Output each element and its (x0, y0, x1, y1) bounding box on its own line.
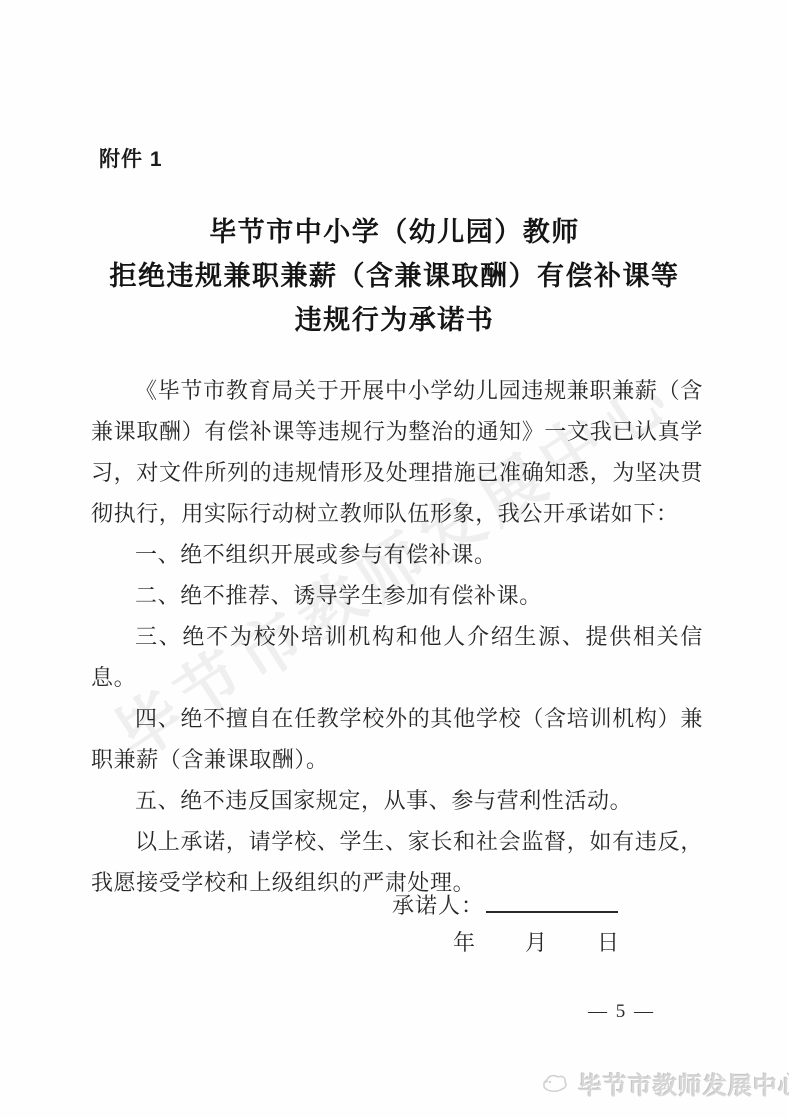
title-line-3: 违规行为承诺书 (0, 298, 789, 342)
commitment-item-2: 二、绝不推荐、诱导学生参加有偿补课。 (91, 575, 703, 616)
commitment-item-3: 三、绝不为校外培训机构和他人介绍生源、提供相关信息。 (91, 616, 703, 698)
commitment-item-1: 一、绝不组织开展或参与有偿补课。 (91, 534, 703, 575)
commitment-item-5: 五、绝不违反国家规定，从事、参与营利性活动。 (91, 780, 703, 821)
footer-brand-row: 毕节市教师发展中心 (540, 1066, 789, 1101)
footer-brand-text: 毕节市教师发展中心 (578, 1066, 789, 1101)
signatory-row: 承诺人： (392, 889, 618, 920)
document-body: 《毕节市教育局关于开展中小学幼儿园违规兼职兼薪（含兼课取酬）有偿补课等违规行为整… (91, 370, 703, 903)
signatory-label: 承诺人： (392, 893, 484, 918)
document-title: 毕节市中小学（幼儿园）教师 拒绝违规兼职兼薪（含兼课取酬）有偿补课等 违规行为承… (0, 210, 789, 342)
title-line-1: 毕节市中小学（幼儿园）教师 (0, 210, 789, 254)
bird-logo-icon (540, 1069, 570, 1099)
signature-blank-line (486, 911, 618, 913)
document-page: 毕节市教师发展中心 附件 1 毕节市中小学（幼儿园）教师 拒绝违规兼职兼薪（含兼… (0, 0, 789, 1118)
title-line-2: 拒绝违规兼职兼薪（含兼课取酬）有偿补课等 (0, 254, 789, 298)
date-line: 年 月 日 (453, 926, 621, 957)
commitment-item-4: 四、绝不擅自在任教学校外的其他学校（含培训机构）兼职兼薪（含兼课取酬）。 (91, 698, 703, 780)
page-number: — 5 — (588, 1001, 655, 1023)
intro-paragraph: 《毕节市教育局关于开展中小学幼儿园违规兼职兼薪（含兼课取酬）有偿补课等违规行为整… (91, 370, 703, 534)
attachment-label: 附件 1 (99, 143, 163, 173)
